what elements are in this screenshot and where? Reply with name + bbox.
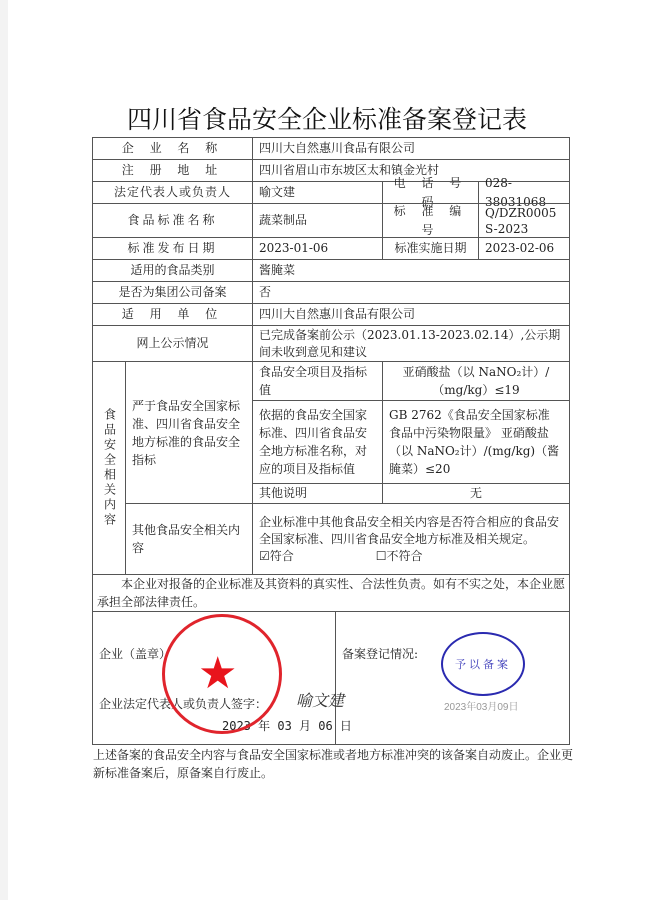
standard-number-label: 标 准 编 号 (382, 203, 479, 238)
group-filing-value: 否 (252, 281, 570, 304)
safety-section-text: 食品安全相关内容 (100, 408, 119, 528)
category-value: 酱腌菜 (252, 259, 570, 282)
registration-stamp: 予以备案 (441, 632, 525, 696)
registration-label: 备案登记情况: (342, 645, 418, 662)
seal-label: 企业（盖章） (99, 645, 171, 662)
star-icon: ★ (198, 652, 237, 696)
page-title: 四川省食品安全企业标准备案登记表 (0, 100, 654, 136)
nonconform-checkbox[interactable]: ☐不符合 (376, 548, 423, 565)
address-label: 注 册 地 址 (92, 159, 253, 182)
other-note-label: 其他说明 (252, 483, 383, 504)
unit-value: 四川大自然惠川食品有限公司 (252, 303, 570, 326)
other-content-label: 其他食品安全相关内容 (125, 503, 253, 575)
registration-date: 2023年03月09日 (444, 698, 519, 713)
declaration: 本企业对报备的企业标准及其资料的真实性、合法性负责。如有不实之处，本企业愿承担全… (92, 574, 570, 612)
online-notice-value: 已完成备案前公示（2023.01.13-2023.02.14）,公示期间未收到意… (252, 325, 570, 362)
item-value: 亚硝酸盐（以 NaNO₂计）/（mg/kg）≤19 (382, 361, 570, 401)
online-notice-label: 网上公示情况 (92, 325, 253, 362)
unit-label: 适 用 单 位 (92, 303, 253, 326)
registration-stamp-text: 予以备案 (455, 656, 511, 672)
publish-date-label: 标准发布日期 (92, 237, 253, 260)
safety-section-label: 食品安全相关内容 (92, 361, 126, 575)
other-content-cell: 企业标准中其他食品安全相关内容是否符合相应的食品安全国家标准、四川省食品安全地方… (252, 503, 570, 575)
conform-checkbox[interactable]: ☑符合 (259, 548, 294, 565)
stricter-label: 严于食品安全国家标准、四川省食品安全地方标准的食品安全指标 (125, 361, 253, 504)
implement-date-value: 2023-02-06 (478, 237, 570, 260)
other-content-text: 企业标准中其他食品安全相关内容是否符合相应的食品安全国家标准、四川省食品安全地方… (259, 514, 563, 548)
footer-note: 上述备案的食品安全内容与食品安全国家标准或者地方标准冲突的该备案自动废止。企业更… (93, 746, 573, 782)
legal-rep-value: 喻文建 (252, 181, 383, 204)
company-name-value: 四川大自然惠川食品有限公司 (252, 137, 570, 160)
category-label: 适用的食品类别 (92, 259, 253, 282)
item-label: 食品安全项目及指标值 (252, 361, 383, 401)
standard-name-value: 蔬菜制品 (252, 203, 383, 238)
standard-number-value: Q/DZR0005S-2023 (478, 203, 570, 238)
basis-value: GB 2762《食品安全国家标准 食品中污染物限量》 亚硝酸盐（以 NaNO₂计… (382, 400, 570, 484)
publish-date-value: 2023-01-06 (252, 237, 383, 260)
basis-label: 依据的食品安全国家标准、四川省食品安全地方标准名称，对应的项目及指标值 (252, 400, 383, 484)
other-note-value: 无 (382, 483, 570, 504)
phone-value: 028-38031068 (478, 181, 570, 204)
group-filing-label: 是否为集团公司备案 (92, 281, 253, 304)
implement-date-label: 标准实施日期 (382, 237, 479, 260)
legal-rep-label: 法定代表人或负责人 (92, 181, 253, 204)
handwritten-signature: 喻文建 (296, 688, 344, 711)
standard-name-label: 食品标准名称 (92, 203, 253, 238)
company-name-label: 企 业 名 称 (92, 137, 253, 160)
conformity-options: ☑符合 ☐不符合 (259, 548, 423, 565)
